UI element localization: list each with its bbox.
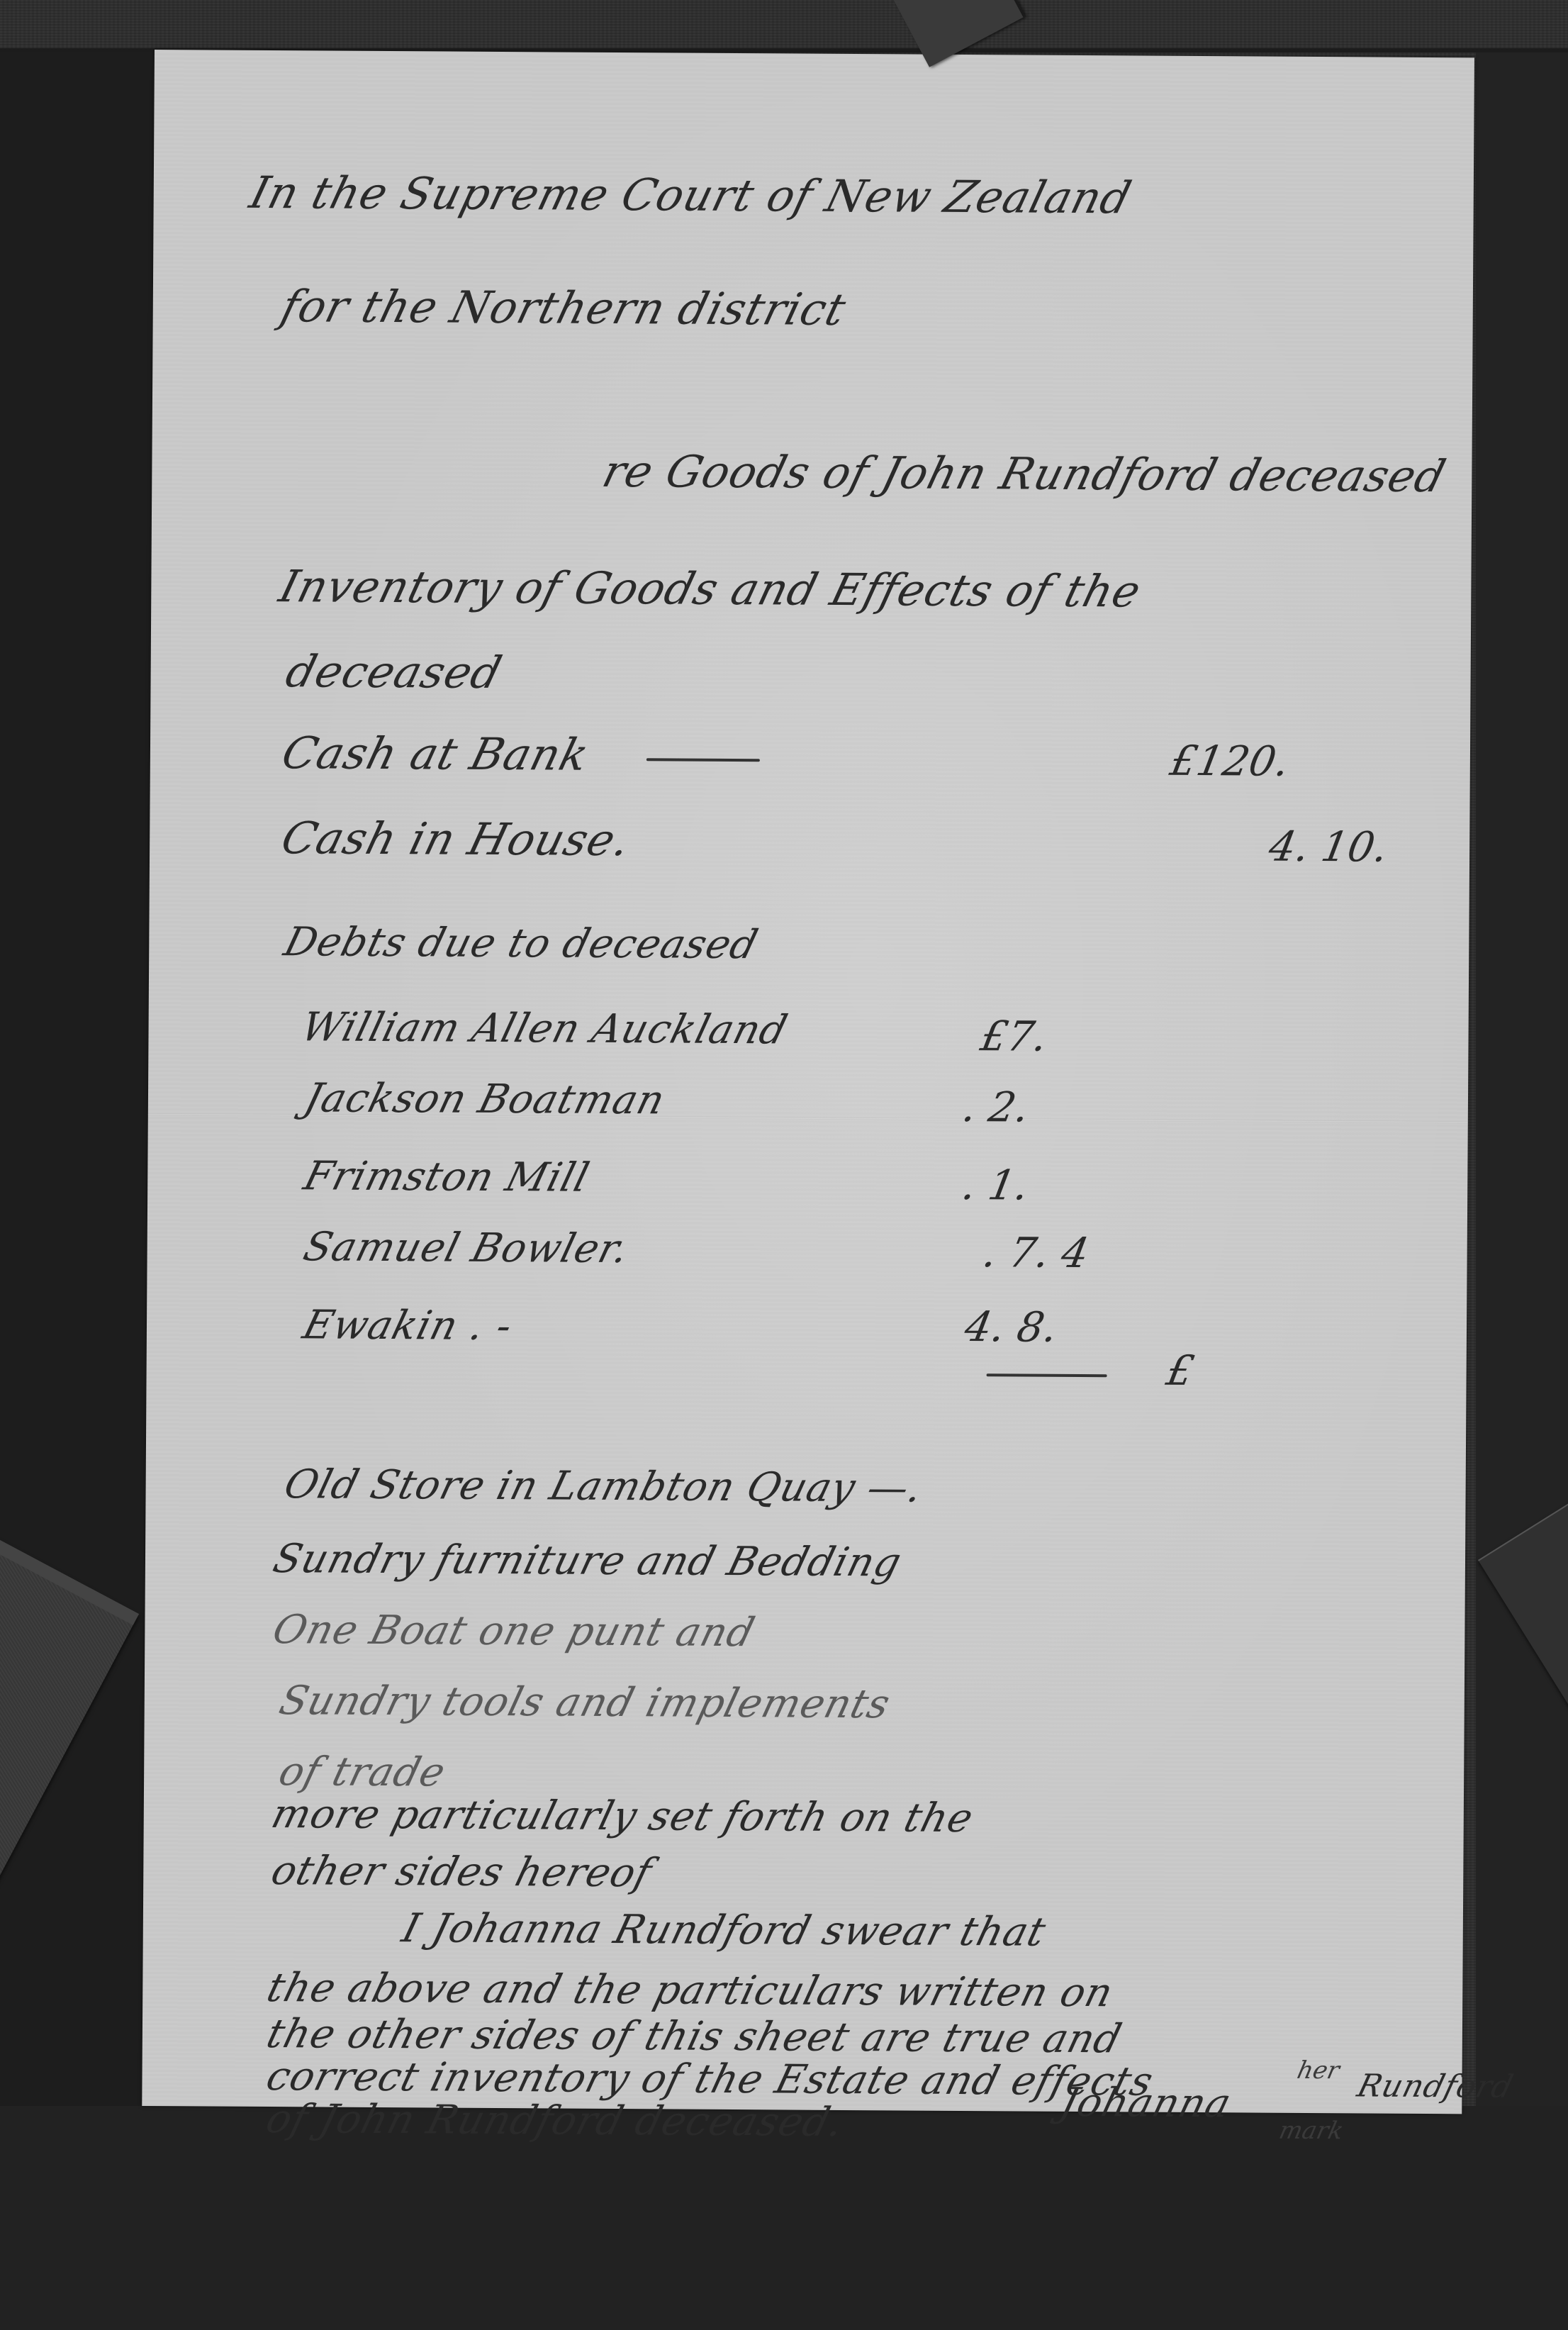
- signature-last-name: Rundford: [1354, 2070, 1516, 2102]
- property-line: of trade: [275, 1752, 449, 1793]
- document-page: In the Supreme Court of New Zealand for …: [142, 50, 1474, 2114]
- debts-heading: Debts due to deceased: [280, 922, 762, 965]
- debtor-name: Samuel Bowler.: [300, 1227, 633, 1269]
- backing-right-strip: [1476, 52, 1568, 2330]
- oath-line: correct inventory of the Estate and effe…: [262, 2057, 1157, 2102]
- inventory-title-line1: Inventory of Goods and Effects of the: [275, 564, 1146, 613]
- cash-label: Cash at Bank: [278, 731, 593, 777]
- oath-line: the other sides of this sheet are true a…: [263, 2014, 1126, 2059]
- court-heading-line1: In the Supreme Court of New Zealand: [246, 171, 1136, 220]
- leader-dash: [646, 758, 760, 762]
- re-goods-line: re Goods of John Rundford deceased: [598, 450, 1450, 498]
- debtor-name: Jackson Boatman: [301, 1078, 669, 1120]
- total-rule: [987, 1373, 1107, 1377]
- debtor-name: William Allen Auckland: [297, 1008, 791, 1050]
- oath-line: I Johanna Rundford swear that: [398, 1909, 1050, 1952]
- court-heading-line2: for the Northern district: [277, 284, 851, 332]
- debtor-name: Frimston Mill: [300, 1156, 593, 1198]
- cash-amount: 4. 10.: [1265, 823, 1391, 871]
- debt-amount: £7.: [977, 1012, 1051, 1060]
- property-line: One Boat one punt and: [269, 1610, 758, 1653]
- debt-amount: . 7. 4: [979, 1228, 1092, 1277]
- oath-line: the above and the particulars written on: [263, 1968, 1117, 2013]
- property-line: Sundry tools and implements: [276, 1681, 895, 1724]
- inventory-title-line2: deceased: [281, 650, 506, 695]
- debts-total-symbol: £: [1163, 1347, 1197, 1395]
- particulars-line: more particularly set forth on the: [268, 1795, 978, 1839]
- debtor-name: Ewakin . -: [299, 1305, 517, 1347]
- debt-amount: 4. 8.: [961, 1303, 1062, 1351]
- signature-first-name: Johanna: [1056, 2083, 1235, 2124]
- backing-left-strip: [0, 52, 155, 2330]
- signature-her: her: [1294, 2056, 1342, 2085]
- debt-amount: . 2.: [959, 1083, 1034, 1131]
- property-line: Sundry furniture and Bedding: [269, 1539, 906, 1583]
- particulars-line: other sides hereof: [267, 1851, 656, 1893]
- cash-label: Cash in House.: [277, 816, 635, 862]
- property-line: Old Store in Lambton Quay —.: [280, 1465, 926, 1508]
- signature-mark-label: mark: [1277, 2117, 1346, 2145]
- debt-amount: . 1.: [958, 1161, 1033, 1209]
- cash-amount: £120.: [1167, 737, 1293, 786]
- oath-line: of John Rundford deceased.: [262, 2100, 848, 2143]
